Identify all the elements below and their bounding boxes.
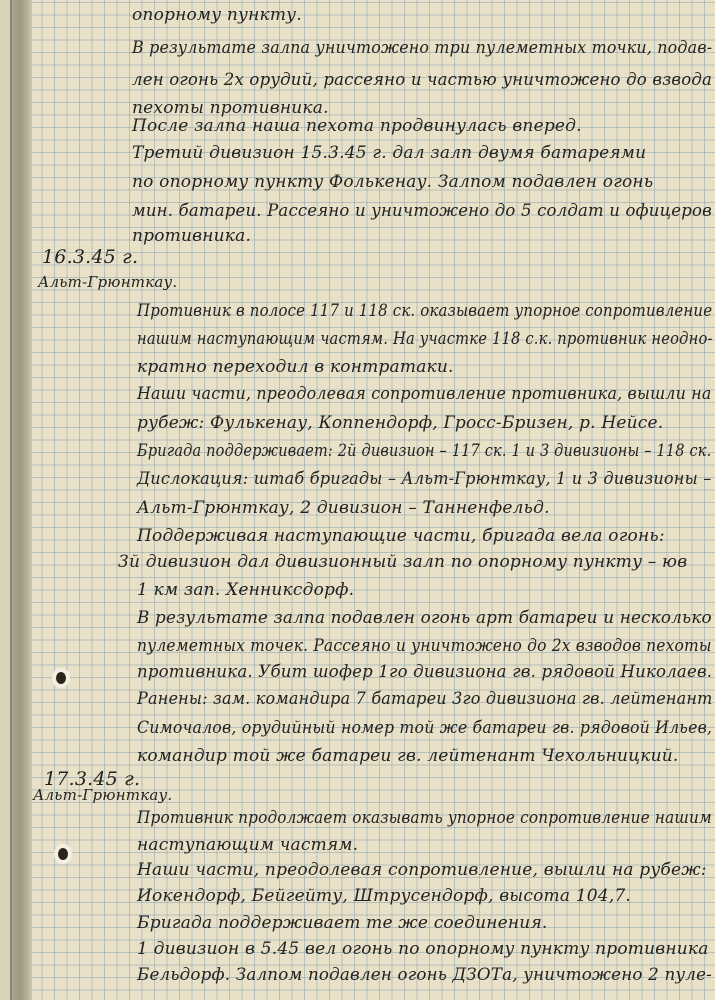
- journal-line: пехоты противника.: [132, 98, 329, 118]
- journal-line: В результате залпа уничтожено три пулеме…: [132, 38, 712, 58]
- journal-line: Противник в полосе 117 и 118 ск. оказыва…: [137, 301, 712, 321]
- journal-line: опорному пункту.: [132, 5, 302, 25]
- journal-line: 1 км зап. Хенниксдорф.: [137, 580, 354, 600]
- journal-line: Альт-Грюнткау, 2 дивизион – Танненфельд.: [137, 498, 550, 518]
- journal-line: В результате залпа подавлен огонь арт ба…: [137, 608, 712, 628]
- journal-line: Поддерживая наступающие части, бригада в…: [137, 526, 665, 546]
- journal-line: пулеметных точек. Рассеяно и уничтожено …: [137, 636, 712, 656]
- journal-line: Симочалов, орудийный номер той же батаре…: [137, 718, 712, 738]
- journal-line: Иокендорф, Бейгейту, Штрусендорф, высота…: [137, 886, 631, 906]
- journal-line: Наши части, преодолевая сопротивление пр…: [137, 384, 711, 404]
- journal-line: по опорному пункту Фолькенау. Залпом под…: [132, 172, 653, 192]
- journal-line: наступающим частям.: [137, 835, 358, 855]
- journal-line: противника. Убит шофер 1го дивизиона гв.…: [137, 662, 712, 682]
- journal-line: 3й дивизион дал дивизионный залп по опор…: [118, 552, 687, 572]
- journal-line: Наши части, преодолевая сопротивление, в…: [137, 860, 707, 880]
- journal-line: кратно переходил в контратаки.: [137, 357, 454, 377]
- journal-line: мин. батареи. Рассеяно и уничтожено до 5…: [132, 201, 712, 221]
- graph-paper-page: опорному пункту.В результате залпа уничт…: [0, 0, 715, 1000]
- journal-line: командир той же батареи гв. лейтенант Че…: [137, 746, 679, 766]
- journal-line: Бельдорф. Залпом подавлен огонь ДЗОТа, у…: [137, 965, 712, 985]
- entry-location: Альт-Грюнткау.: [38, 273, 177, 291]
- journal-line: Ранены: зам. командира 7 батареи 3го див…: [137, 689, 713, 709]
- entry-location: Альт-Грюнткау.: [33, 786, 172, 804]
- journal-text-body: опорному пункту.В результате залпа уничт…: [0, 0, 715, 1000]
- journal-line: рубеж: Фулькенау, Коппендорф, Гросс-Бриз…: [137, 413, 663, 433]
- journal-line: нашим наступающим частям. На участке 118…: [137, 329, 713, 349]
- entry-date: 16.3.45 г.: [42, 246, 138, 268]
- journal-line: Бригада поддерживает: 2й дивизион – 117 …: [137, 441, 711, 461]
- journal-line: 1 дивизион в 5.45 вел огонь по опорному …: [137, 939, 709, 959]
- journal-line: Третий дивизион 15.3.45 г. дал залп двум…: [132, 143, 646, 163]
- journal-line: Бригада поддерживает те же соединения.: [137, 913, 548, 933]
- journal-line: После залпа наша пехота продвинулась впе…: [132, 116, 582, 136]
- journal-line: лен огонь 2х орудий, рассеяно и частью у…: [132, 70, 712, 90]
- journal-line: Дислокация: штаб бригады – Альт-Грюнткау…: [137, 469, 711, 489]
- journal-line: Противник продолжает оказывать упорное с…: [137, 808, 712, 828]
- journal-line: противника.: [132, 226, 251, 246]
